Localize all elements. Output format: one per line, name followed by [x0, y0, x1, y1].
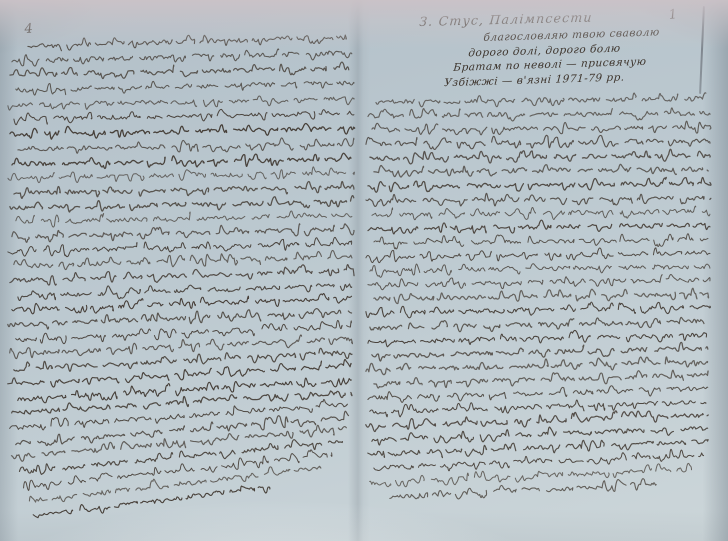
manuscript-photo: 4 З. Стус, Палімпсести 1 благословляю тв…	[0, 0, 728, 541]
handwriting-block-left	[8, 38, 356, 523]
page-number-left: 4	[24, 21, 34, 37]
pencil-margin-line	[699, 6, 705, 94]
manuscript-page-right: З. Стус, Палімпсести 1 благословляю твою…	[364, 6, 722, 536]
manuscript-page-left: 4	[6, 22, 358, 538]
handwriting-line	[8, 508, 356, 523]
dedication: благословляю твою сваволю дорого долі, д…	[444, 25, 660, 90]
handwriting-block-right	[366, 94, 720, 503]
handwriting-line	[366, 489, 720, 503]
page-number-right: 1	[668, 7, 678, 23]
manuscript-title: З. Стус, Палімпсести	[419, 9, 594, 29]
